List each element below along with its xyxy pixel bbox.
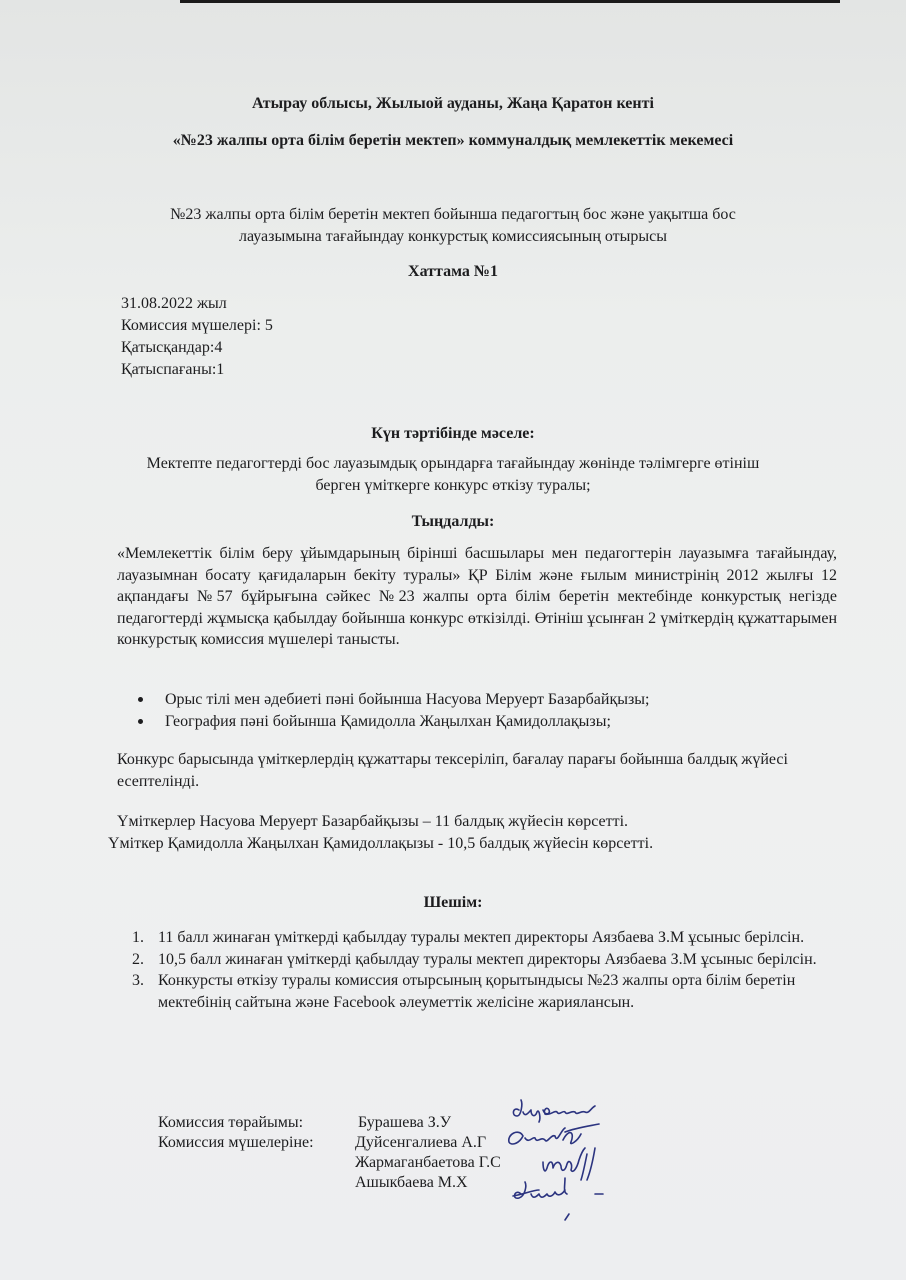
- agenda-line-2: берген үміткерге конкурс өткізу туралы;: [0, 476, 906, 496]
- member-name: Жармаганбаетова Г.С: [355, 1153, 501, 1173]
- decision-item-number: 1.: [132, 927, 144, 949]
- meeting-title-line-2: лауазымына тағайындау конкурстық комисси…: [0, 227, 906, 247]
- decision-item-number: 3.: [132, 970, 144, 992]
- decision-item-text: 11 балл жинаған үміткерді қабылдау турал…: [158, 929, 804, 946]
- commission-members-count: Комиссия мүшелері: 5: [121, 316, 273, 336]
- result-line-2: Үміткер Қамидолла Жаңылхан Қамидоллақызы…: [108, 834, 653, 854]
- candidate-item: География пәні бойынша Қамидолла Жаңылха…: [135, 711, 649, 733]
- heard-heading: Тыңдалды:: [0, 512, 906, 532]
- agenda-line-1: Мектепте педагогтерді бос лауазымдық оры…: [0, 454, 906, 474]
- header-location: Атырау облысы, Жылыой ауданы, Жаңа Қарат…: [0, 94, 906, 114]
- present-count: Қатысқандар:4: [121, 338, 222, 358]
- member-name: Дуйсенгалиева А.Г: [355, 1133, 486, 1153]
- heard-paragraph: «Мемлекеттік білім беру ұйымдарының бірі…: [117, 543, 837, 651]
- decision-item-text: Конкурсты өткізу туралы комиссия отырсын…: [158, 972, 795, 1011]
- protocol-number: Хаттама №1: [0, 262, 906, 282]
- decision-item-number: 2.: [132, 949, 144, 971]
- decision-item: 2. 10,5 балл жинаған үміткерді қабылдау …: [132, 949, 818, 971]
- signature-row-chair: Комиссия төрайымы: Бурашева З.У: [158, 1113, 501, 1133]
- chair-name: Бурашева З.У: [355, 1113, 451, 1133]
- members-label: Комиссия мүшелеріне:: [158, 1133, 355, 1153]
- decision-item: 1. 11 балл жинаған үміткерді қабылдау ту…: [132, 927, 818, 949]
- decision-item: 3. Конкурсты өткізу туралы комиссия отыр…: [132, 970, 868, 1013]
- signature-row-member: Комиссия мүшелеріне: Дуйсенгалиева А.Г: [158, 1133, 501, 1153]
- chair-label: Комиссия төрайымы:: [158, 1113, 355, 1133]
- process-paragraph: Конкурс барысында үміткерлердің құжаттар…: [117, 749, 837, 792]
- meeting-date: 31.08.2022 жыл: [121, 294, 227, 314]
- member-name: Ашыкбаева М.Х: [355, 1173, 468, 1193]
- handwritten-signature-icon: [505, 1098, 615, 1228]
- header-institution: «№23 жалпы орта білім беретін мектеп» ко…: [0, 131, 906, 151]
- result-line-1: Үміткерлер Насуова Меруерт Базарбайқызы …: [117, 812, 628, 832]
- agenda-heading: Күн тәртібінде мәселе:: [0, 424, 906, 444]
- signature-block: Комиссия төрайымы: Бурашева З.У Комиссия…: [158, 1113, 501, 1193]
- decision-list: 1. 11 балл жинаған үміткерді қабылдау ту…: [132, 927, 852, 1013]
- decision-item-text: 10,5 балл жинаған үміткерді қабылдау тур…: [158, 951, 817, 968]
- signature-row-member: Ашыкбаева М.Х: [158, 1173, 501, 1193]
- candidate-list: Орыс тілі мен әдебиеті пәні бойынша Насу…: [135, 689, 649, 733]
- candidate-item: Орыс тілі мен әдебиеті пәні бойынша Насу…: [135, 689, 649, 711]
- decision-heading: Шешім:: [0, 893, 906, 913]
- absent-count: Қатыспағаны:1: [121, 360, 224, 380]
- paper-top-edge-shadow: [180, 0, 840, 3]
- scanned-document-page: Атырау облысы, Жылыой ауданы, Жаңа Қарат…: [0, 0, 906, 1280]
- meeting-title-line-1: №23 жалпы орта білім беретін мектеп бойы…: [0, 205, 906, 225]
- signature-row-member: Жармаганбаетова Г.С: [158, 1153, 501, 1173]
